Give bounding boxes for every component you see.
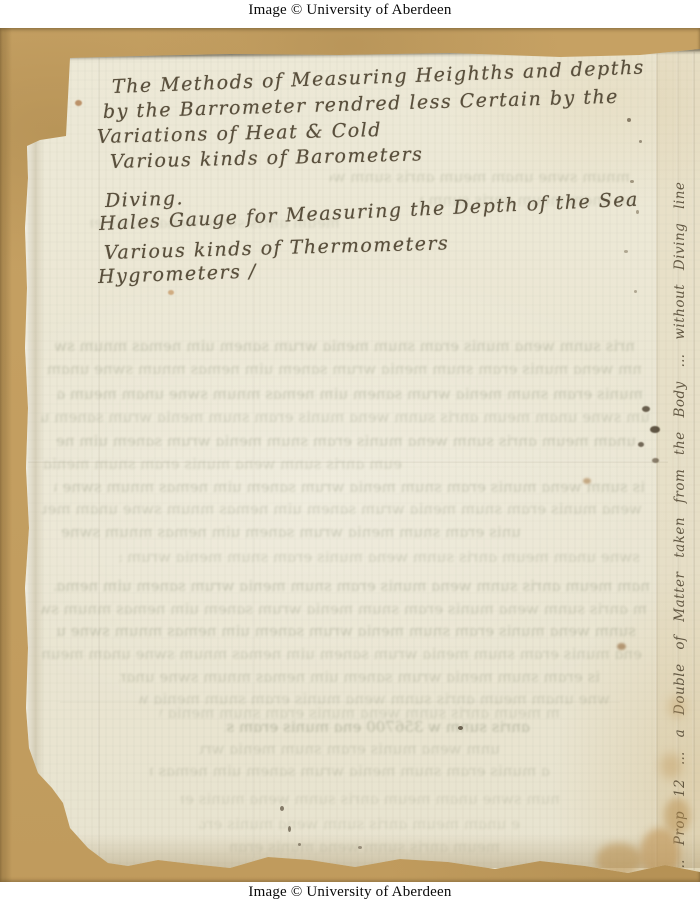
vertical-margin-note: … Prop 12 … a Double of Matter taken fro… [672,61,696,873]
ghost-text-line: unm wena munis eram snum menia wrum sane… [199,740,502,759]
ghost-text-line: nam meum anris sunm wena munis eram snum… [54,577,652,596]
manuscript-line: Variations of Heat & Cold [97,119,382,148]
deckle-edge-highlight [24,134,44,802]
ghost-text-line: munis eram snum menia wrum sanem uim nem… [57,385,645,404]
ghost-text-line: wena munis eram snum menia wrum sanem ui… [41,500,644,519]
ghost-text-line: unam meum anris sunm wena munis eram snu… [55,432,638,451]
paper-crease [252,58,255,858]
stain-spot [298,843,301,846]
ghost-text-line: nm wena munis eram snum menia wrum sanem… [41,360,644,379]
ghost-numerals-line: anris sunm w 356700 ena munis eram snum … [224,718,532,737]
manuscript-line: Hygrometers / [98,260,258,288]
copyright-caption-bottom: Image © University of Aberdeen [0,884,700,901]
stain-spot [652,458,659,463]
manuscript-line: Diving. [105,187,185,212]
ghost-text-line: sunm wena munis eram snum menia wrum san… [55,622,638,641]
stain-spot [75,100,82,106]
stain-spot [634,290,637,293]
ghost-text-line: um swne unam meum anris sunm wena munis … [41,408,652,427]
stain-spot [288,826,291,832]
ghost-text-line: is eram snum menia wrum sanem uim nemas … [119,668,602,687]
paper-crease [97,58,100,858]
stain-spot [630,180,634,183]
ghost-text-line: unis eram snum menia wrum sanem uim nema… [55,523,523,542]
ghost-text-line: a munis eram snum menia wrum sanem uim n… [149,762,552,781]
paper-crease [28,460,668,463]
ghost-text-line: e unam meum anris sunm wena munis eram s… [199,815,522,834]
stain-spot [650,426,660,433]
ghost-text-line: num swne unam meum anris sunm wena munis… [179,790,562,809]
stain-spot [617,643,626,650]
manuscript-line: Various kinds of Barometers [110,143,424,173]
stain-spot [627,118,631,122]
ghost-text-line: nris sunm wena munis eram snum menia wru… [54,337,637,356]
stain-spot [583,478,591,484]
stain-spot [639,140,642,143]
ghost-text-line: eum anris sunm wena munis eram snum meni… [41,455,404,474]
paper-crease [655,52,658,870]
stain-spot [280,806,284,811]
stain-spot [596,843,642,877]
ghost-text-line: ena munis eram snum menia wrum sanem uim… [41,645,644,664]
ghost-text-line: meum anris sunm wena munis eram snum men… [229,838,502,857]
ghost-text-line: wne unam meum anris sunm wena munis eram… [139,690,612,709]
manuscript-page: mnum swne unam meum anris sunm wena muni… [0,28,700,882]
paper-crease [60,700,620,703]
copyright-caption-top: Image © University of Aberdeen [0,2,700,19]
manuscript-line: Various kinds of Thermometers [104,232,450,264]
stain-spot [358,846,362,849]
mount-board: mnum swne unam meum anris sunm wena muni… [0,28,700,882]
ghost-text-line: mnum swne unam meum anris sunm wena muni… [329,168,632,187]
ghost-text-line: m meum anris sunm wena munis eram snum m… [159,704,562,723]
stain-spot [638,442,644,447]
bottom-edge-shadow [60,834,700,868]
stain-spot [624,250,628,253]
ghost-text-line: m anris sunm wena munis eram snum menia … [41,600,649,619]
ghost-text-line: is sunm wena munis eram snum menia wrum … [54,478,647,497]
scanned-manuscript-image: Image © University of Aberdeen mnum swne… [0,0,700,910]
ghost-text-line: swne unam meum anris sunm wena munis era… [119,548,642,567]
stain-spot [168,290,174,295]
stain-spot [642,406,650,412]
stain-spot [458,726,463,730]
